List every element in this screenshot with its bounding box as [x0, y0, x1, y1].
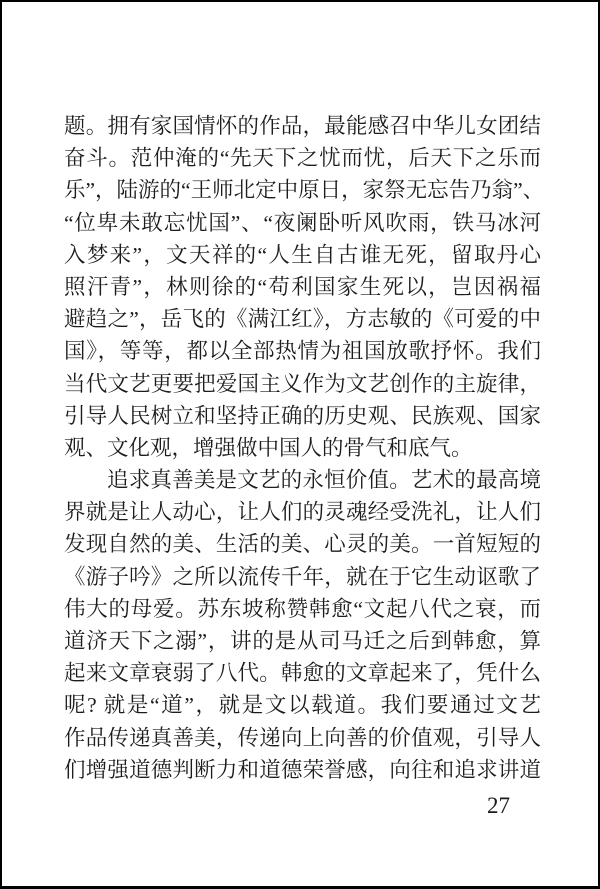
text-line: 呢? 就是“道”，就是文以载道。我们要通过文艺: [64, 689, 541, 721]
text-line: 避趋之”，岳飞的《满江红》，方志敏的《可爱的中: [64, 303, 541, 335]
text-line: 引导人民树立和坚持正确的历史观、民族观、国家: [64, 400, 541, 432]
text-line: 观、文化观，增强做中国人的骨气和底气。: [64, 432, 541, 464]
text-line: 当代文艺更要把爱国主义作为文艺创作的主旋律，: [64, 368, 541, 400]
page-number: 27: [487, 794, 510, 818]
text-line: 入梦来”，文天祥的“人生自古谁无死，留取丹心: [64, 239, 541, 271]
text-line: 们增强道德判断力和道德荣誉感，向往和追求讲道: [64, 754, 541, 786]
text-line: 奋斗。范仲淹的“先天下之忧而忧，后天下之乐而: [64, 142, 541, 174]
text-line: 题。拥有家国情怀的作品，最能感召中华儿女团结: [64, 110, 541, 142]
text-line: “位卑未敢忘忧国”、“夜阑卧听风吹雨，铁马冰河: [64, 207, 541, 239]
text-line: 作品传递真善美，传递向上向善的价值观，引导人: [64, 722, 541, 754]
text-line: 追求真善美是文艺的永恒价值。艺术的最高境: [64, 464, 541, 496]
page-text-block: 题。拥有家国情怀的作品，最能感召中华儿女团结奋斗。范仲淹的“先天下之忧而忧，后天…: [64, 110, 541, 786]
text-line: 起来文章衰弱了八代。韩愈的文章起来了，凭什么: [64, 657, 541, 689]
book-page: 题。拥有家国情怀的作品，最能感召中华儿女团结奋斗。范仲淹的“先天下之忧而忧，后天…: [0, 0, 600, 889]
text-line: 发现自然的美、生活的美、心灵的美。一首短短的: [64, 528, 541, 560]
text-line: 界就是让人动心，让人们的灵魂经受洗礼，让人们: [64, 496, 541, 528]
text-line: 《游子吟》之所以流传千年，就在于它生动讴歌了: [64, 561, 541, 593]
text-line: 乐”，陆游的“王师北定中原日，家祭无忘告乃翁”、: [64, 174, 541, 206]
text-line: 照汗青”，林则徐的“苟利国家生死以，岂因祸福: [64, 271, 541, 303]
text-line: 国》，等等，都以全部热情为祖国放歌抒怀。我们: [64, 335, 541, 367]
text-line: 伟大的母爱。苏东坡称赞韩愈“文起八代之衰，而: [64, 593, 541, 625]
text-line: 道济天下之溺”，讲的是从司马迁之后到韩愈，算: [64, 625, 541, 657]
